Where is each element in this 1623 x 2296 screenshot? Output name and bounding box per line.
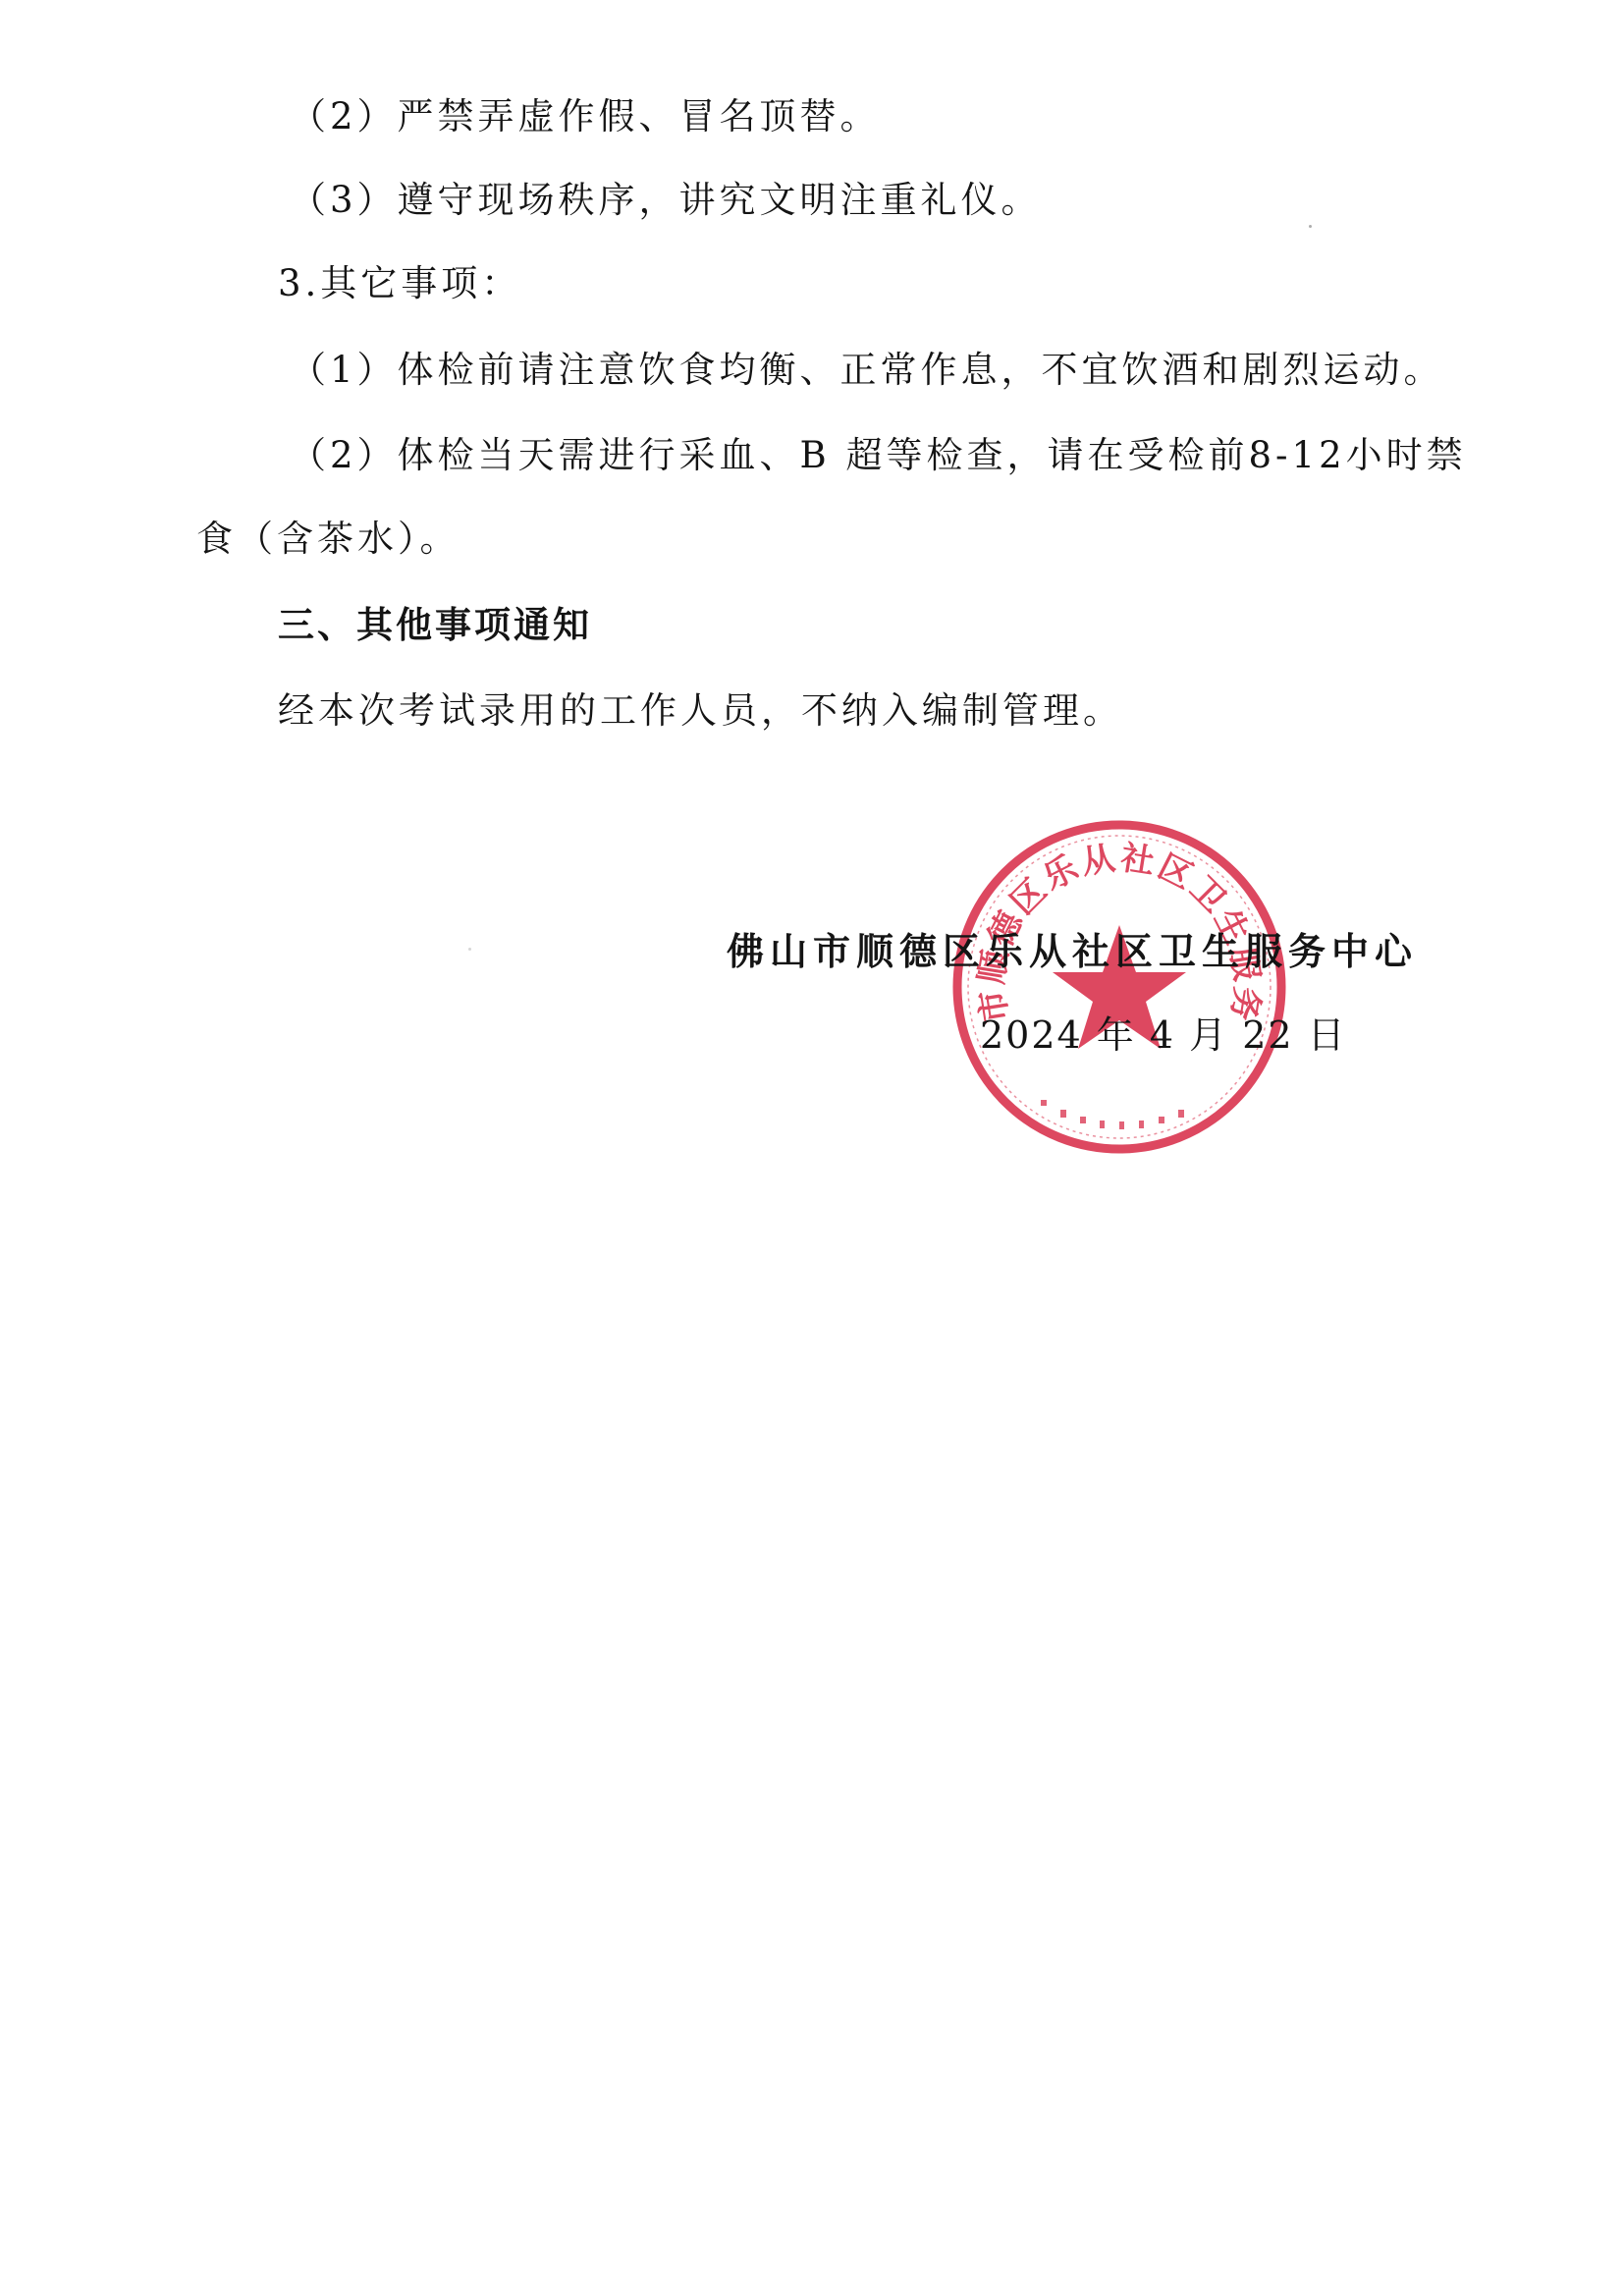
scan-speck <box>1309 225 1312 228</box>
text-line-health-check-diet: （1）体检前请注意饮食均衡、正常作息，不宜饮酒和剧烈运动。 <box>290 352 1444 388</box>
text-line-fasting-part2: 食（含茶水）。 <box>196 520 460 557</box>
document-page: 佛山市顺德区乐从社区卫生服务中心 （2）严禁弄虚作假、冒名顶替。 （3）遵守现场… <box>0 0 1623 2296</box>
signature-date: 2024 年 4 月 22 日 <box>980 1016 1347 1054</box>
section-heading-other-notices: 三、其他事项通知 <box>278 607 592 643</box>
text-line-other-matters-heading: 3.其它事项： <box>278 265 521 301</box>
text-line-item-2-fraud: （2）严禁弄虚作假、冒名顶替。 <box>290 98 881 135</box>
seal-arc-text: 佛山市顺德区乐从社区卫生服务中心 <box>947 815 1267 1026</box>
text-line-staffing-note: 经本次考试录用的工作人员，不纳入编制管理。 <box>278 692 1123 729</box>
scan-speck <box>468 948 471 951</box>
svg-text:佛山市顺德区乐从社区卫生服务中心: 佛山市顺德区乐从社区卫生服务中心 <box>947 815 1267 1026</box>
signature-organization: 佛山市顺德区乐从社区卫生服务中心 <box>727 933 1418 970</box>
official-seal-stamp: 佛山市顺德区乐从社区卫生服务中心 <box>947 815 1291 1159</box>
text-line-fasting-part1: （2）体检当天需进行采血、B 超等检查，请在受检前8-12小时禁 <box>290 437 1467 473</box>
seal-outer-ring <box>957 825 1281 1149</box>
text-line-item-3-order: （3）遵守现场秩序，讲究文明注重礼仪。 <box>290 182 1042 218</box>
